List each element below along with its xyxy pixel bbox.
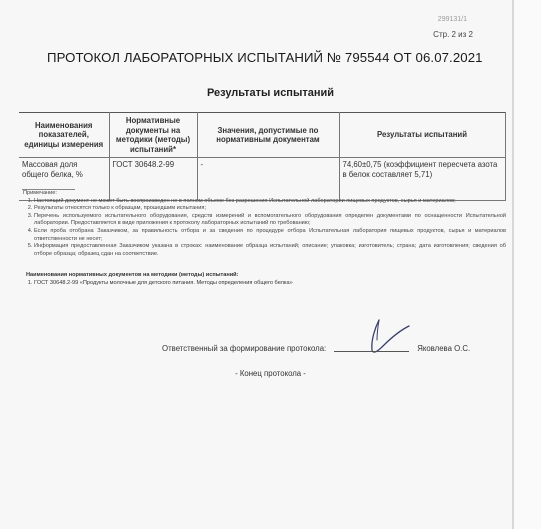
note-item: Информация предоставленная Заказчиком ук… (34, 243, 506, 258)
document-page: 299131/1 Стр. 2 из 2 ПРОТОКОЛ ЛАБОРАТОРН… (0, 0, 514, 529)
end-of-protocol: - Конец протокола - (0, 369, 541, 378)
notes-heading: Примечание: (22, 189, 75, 198)
page-number: Стр. 2 из 2 (433, 30, 473, 39)
signoff-line: Ответственный за формирование протокола:… (162, 344, 470, 353)
method-item: ГОСТ 30648.2-99 «Продукты молочные для д… (34, 280, 506, 288)
protocol-title: ПРОТОКОЛ ЛАБОРАТОРНЫХ ИСПЫТАНИЙ № 795544… (47, 50, 483, 65)
notes-block: Примечание: Настоящий документ не может … (22, 189, 506, 258)
table-header-row: Наименования показателей, единицы измере… (19, 113, 505, 158)
column-header-result: Результаты испытаний (339, 113, 505, 158)
methods-heading: Наименования нормативных документов на м… (22, 272, 506, 280)
signature-line (334, 351, 409, 352)
note-item: Настоящий документ не может быть воспрои… (34, 198, 506, 206)
note-item: Если проба отобрана Заказчиком, за прави… (34, 228, 506, 243)
results-section-title: Результаты испытаний (0, 87, 541, 99)
note-item: Перечень используемого испытательного об… (34, 213, 506, 228)
viewer-gutter (514, 0, 541, 529)
note-item: Результаты относятся только к образцам, … (34, 205, 506, 213)
signoff-label: Ответственный за формирование протокола: (162, 344, 326, 353)
results-table: Наименования показателей, единицы измере… (19, 112, 506, 201)
document-id: 299131/1 (438, 16, 467, 23)
column-header-method: Нормативные документы на методики (метод… (109, 113, 197, 158)
signoff-name: Яковлева О.С. (417, 344, 470, 353)
column-header-indicator: Наименования показателей, единицы измере… (19, 113, 109, 158)
column-header-allowed: Значения, допустимые по нормативным доку… (197, 113, 339, 158)
methods-block: Наименования нормативных документов на м… (22, 272, 506, 287)
